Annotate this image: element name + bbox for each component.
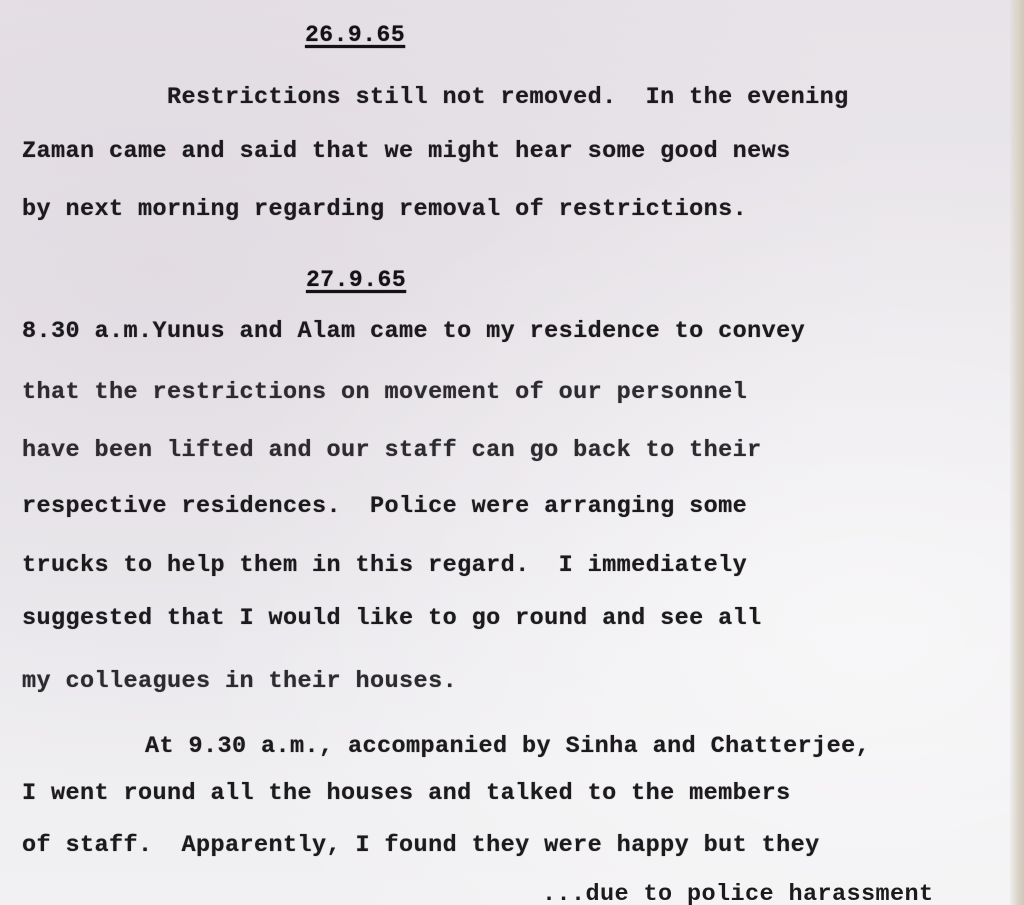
text-line: that the restrictions on movement of our…: [22, 379, 747, 406]
date-header-27-9-65: 27.9.65: [306, 267, 406, 293]
scanned-document-page: 26.9.65 Restrictions still not removed. …: [0, 0, 1024, 905]
text-line: Zaman came and said that we might hear s…: [22, 138, 791, 165]
text-line: Restrictions still not removed. In the e…: [167, 84, 849, 111]
text-line: respective residences. Police were arran…: [22, 493, 747, 520]
text-line: by next morning regarding removal of res…: [22, 196, 747, 223]
text-line: 8.30 a.m.Yunus and Alam came to my resid…: [22, 318, 805, 345]
text-line: my colleagues in their houses.: [22, 668, 457, 695]
text-line-fragment: ...due to police harassment: [542, 881, 934, 905]
cropped-text-line: ...due to police harassment: [22, 878, 1024, 905]
date-header-26-9-65: 26.9.65: [305, 22, 405, 48]
text-line: trucks to help them in this regard. I im…: [22, 552, 747, 579]
text-line: At 9.30 a.m., accompanied by Sinha and C…: [145, 733, 870, 760]
text-line: have been lifted and our staff can go ba…: [22, 437, 762, 464]
text-line: suggested that I would like to go round …: [22, 605, 762, 632]
text-line: I went round all the houses and talked t…: [22, 780, 791, 807]
text-line: of staff. Apparently, I found they were …: [22, 832, 820, 859]
page-edge-shadow: [1010, 0, 1024, 905]
